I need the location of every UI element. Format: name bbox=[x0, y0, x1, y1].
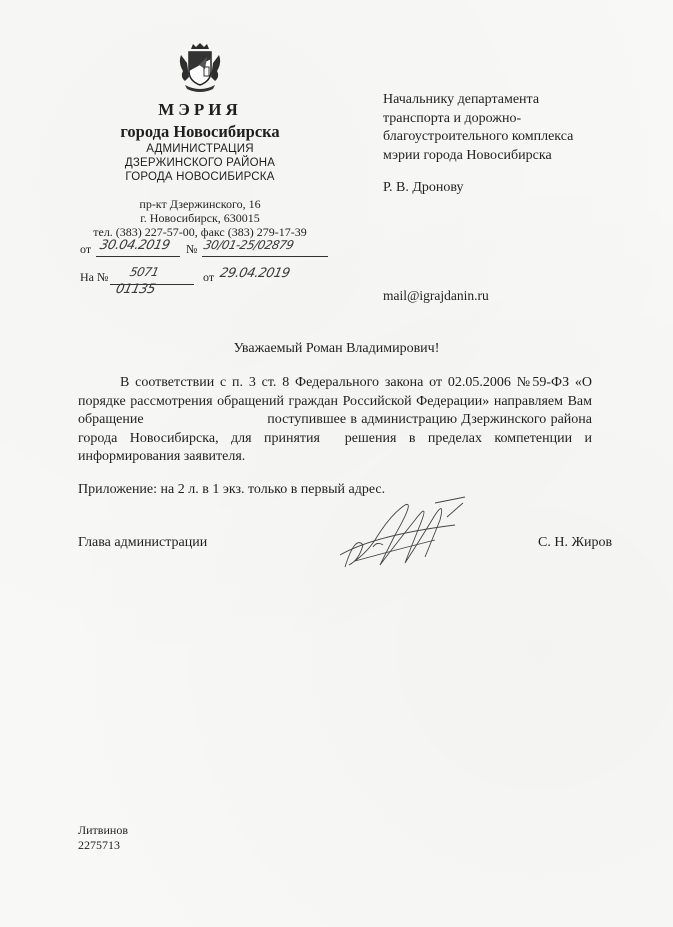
number-underline bbox=[202, 256, 328, 257]
date-underline bbox=[96, 256, 180, 257]
executor-name: Литвинов bbox=[78, 823, 128, 838]
letterhead-city: города Новосибирска bbox=[80, 122, 320, 142]
addressee-line: мэрии города Новосибирска bbox=[383, 147, 573, 166]
addressee-line: транспорта и дорожно- bbox=[383, 110, 573, 129]
letterhead-address: г. Новосибирск, 630015 bbox=[70, 211, 330, 226]
body-paragraph: В соответствии с п. 3 ст. 8 Федерального… bbox=[78, 374, 592, 467]
executor-block: Литвинов 2275713 bbox=[78, 823, 128, 853]
reply-number-line2: 01135 bbox=[114, 282, 156, 297]
salutation: Уважаемый Роман Владимирович! bbox=[0, 341, 673, 357]
executor-phone: 2275713 bbox=[78, 838, 128, 853]
letter-body: В соответствии с п. 3 ст. 8 Федерального… bbox=[78, 374, 592, 467]
addressee-block: Начальнику департамента транспорта и дор… bbox=[383, 91, 573, 165]
signature-icon bbox=[335, 495, 475, 575]
from-label: от bbox=[80, 242, 91, 257]
document-page: МЭРИЯ города Новосибирска АДМИНИСТРАЦИЯ … bbox=[0, 0, 673, 927]
letterhead-line: ГОРОДА НОВОСИБИРСКА bbox=[80, 171, 320, 183]
addressee-line: благоустроительного комплекса bbox=[383, 128, 573, 147]
coat-of-arms-icon bbox=[177, 43, 223, 93]
addressee-name: Р. В. Дронову bbox=[383, 179, 464, 198]
addressee-email: mail@igrajdanin.ru bbox=[383, 287, 489, 306]
reply-number: 5071 bbox=[129, 265, 161, 279]
reply-date: 29.04.2019 bbox=[218, 266, 291, 281]
signer-name: С. Н. Жиров bbox=[538, 535, 612, 551]
letterhead-line: ДЗЕРЖИНСКОГО РАЙОНА bbox=[80, 157, 320, 169]
addressee-line: Начальнику департамента bbox=[383, 91, 573, 110]
number-label: № bbox=[186, 242, 197, 257]
reply-from-label: от bbox=[203, 270, 214, 285]
reply-label: На № bbox=[80, 270, 108, 285]
signer-title: Глава администрации bbox=[78, 535, 207, 551]
letterhead-title: МЭРИЯ bbox=[80, 100, 320, 120]
outgoing-date: 30.04.2019 bbox=[98, 238, 171, 253]
outgoing-number: 30/01-25/02879 bbox=[203, 238, 295, 252]
letterhead-address: пр-кт Дзержинского, 16 bbox=[70, 197, 330, 212]
letterhead-line: АДМИНИСТРАЦИЯ bbox=[80, 143, 320, 155]
